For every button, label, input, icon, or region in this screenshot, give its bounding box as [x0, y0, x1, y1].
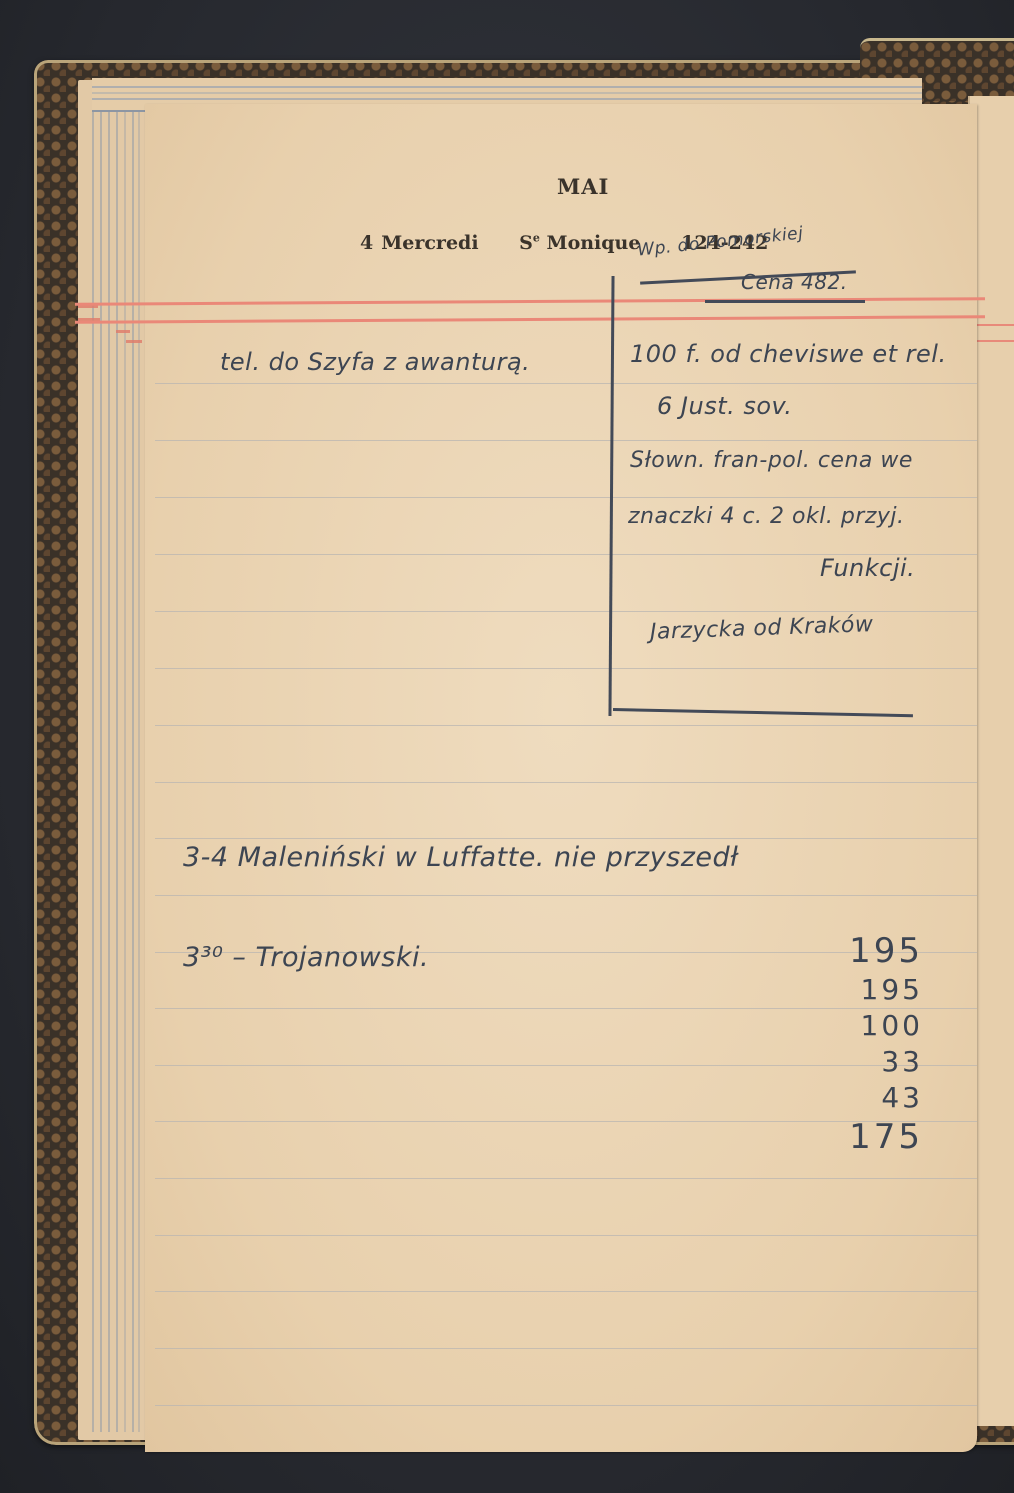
box-line-1: 100 f. od cheviswe et rel.: [630, 340, 947, 368]
number-column: 195 195 100 33 43 175: [833, 930, 923, 1158]
number-6: 175: [833, 1116, 923, 1158]
saint-of-day: Se Monique: [519, 232, 640, 254]
number-5: 43: [833, 1080, 923, 1116]
box-line-5: Funkcji.: [820, 554, 915, 582]
note-pomorskiej: Wp. do Pomorskiej: [636, 223, 804, 260]
number-2: 195: [833, 972, 923, 1008]
box-line-6: Jarzycka od Kraków: [650, 612, 874, 645]
month-heading: MAI: [557, 174, 609, 199]
note-cena-underline: [705, 300, 865, 303]
box-line-3: Słown. fran-pol. cena we: [630, 448, 913, 473]
day-weekday: 4Mercredi: [360, 232, 479, 254]
number-1: 195: [833, 930, 923, 972]
red-margin-rule-bottom: [75, 315, 985, 324]
box-border-left: [608, 276, 614, 716]
entry-3-30: 3³⁰ – Trojanowski.: [183, 942, 429, 973]
box-line-4: znaczki 4 c. 2 okl. przyj.: [628, 504, 905, 529]
diary-page: MAI 4Mercredi Se Monique 124-242 Wp. do …: [145, 104, 977, 1452]
number-4: 33: [833, 1044, 923, 1080]
entry-tel: tel. do Szyfa z awanturą.: [220, 348, 530, 376]
number-3: 100: [833, 1008, 923, 1044]
box-border-bottom: [613, 708, 913, 717]
note-cena: Cena 482.: [741, 270, 848, 294]
entry-3-4: 3-4 Maleniński w Luffatte. nie przyszedł: [183, 842, 738, 873]
box-line-2: 6 Just. sov.: [657, 392, 792, 420]
